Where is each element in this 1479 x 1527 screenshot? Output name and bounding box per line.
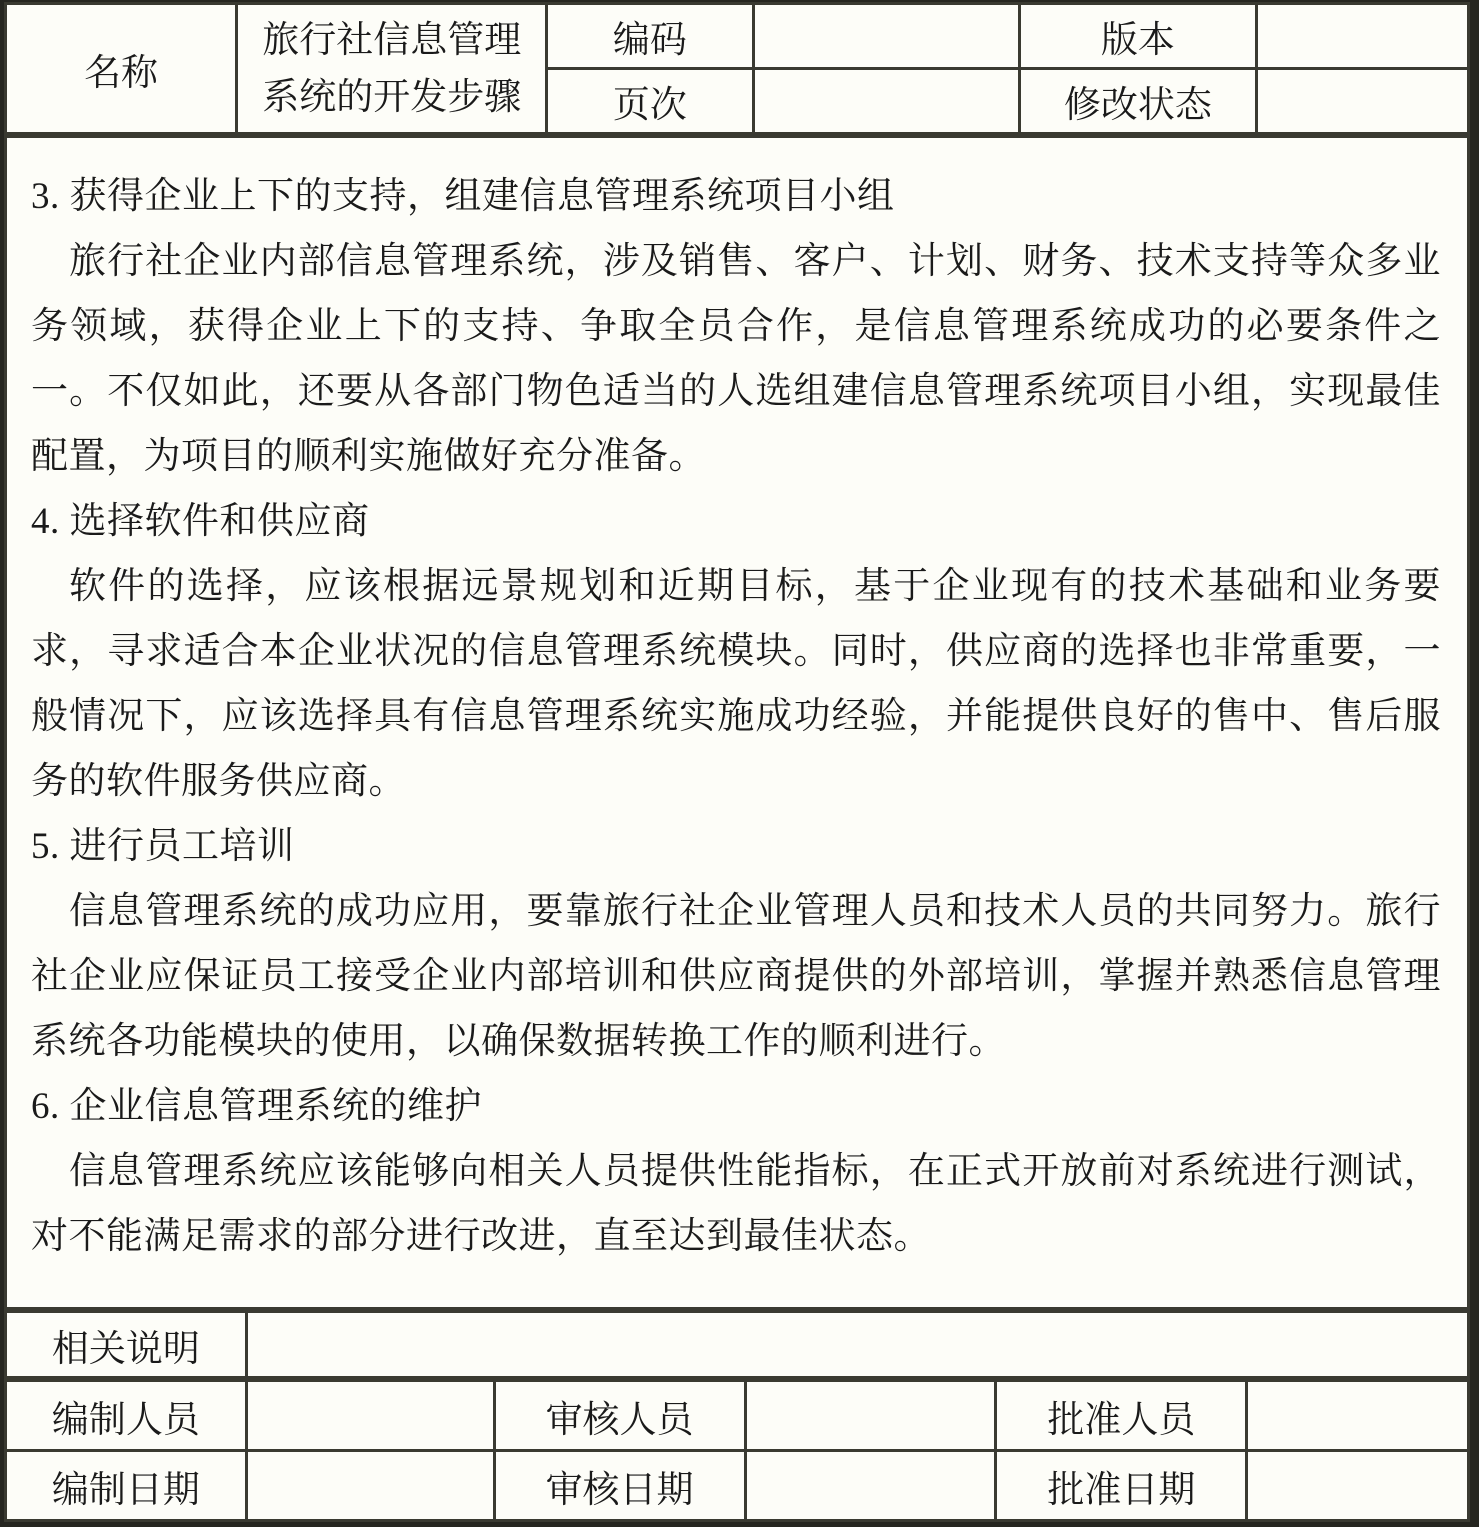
revision-status-label: 修改状态	[1019, 69, 1256, 134]
version-value-cell[interactable]	[1256, 4, 1468, 69]
document-page: 名称 旅行社信息管理 系统的开发步骤 编码 版本 页次 修改状态 3. 获得企业…	[0, 0, 1479, 1527]
section-4-heading: 4. 选择软件和供应商	[31, 489, 1441, 554]
code-label: 编码	[547, 4, 753, 69]
prepare-date-value-cell[interactable]	[246, 1451, 494, 1521]
signature-table: 编制人员 审核人员 批准人员 编制日期 审核日期 批准日期	[4, 1379, 1470, 1522]
related-notes-value-cell[interactable]	[246, 1312, 1468, 1378]
document-title: 旅行社信息管理 系统的开发步骤	[237, 4, 547, 134]
section-4-paragraph: 软件的选择，应该根据远景规划和近期目标，基于企业现有的技术基础和业务要求，寻求适…	[31, 554, 1441, 814]
document-title-line1: 旅行社信息管理	[238, 12, 545, 69]
prepare-date-label: 编制日期	[6, 1451, 247, 1521]
review-date-value-cell[interactable]	[745, 1451, 996, 1521]
code-value-cell[interactable]	[753, 4, 1019, 69]
preparer-value-cell[interactable]	[246, 1381, 494, 1451]
approver-label: 批准人员	[996, 1381, 1247, 1451]
reviewer-label: 审核人员	[494, 1381, 745, 1451]
document-body: 3. 获得企业上下的支持，组建信息管理系统项目小组 旅行社企业内部信息管理系统，…	[4, 135, 1470, 1310]
preparer-label: 编制人员	[6, 1381, 247, 1451]
related-notes-table: 相关说明	[4, 1310, 1470, 1379]
name-label: 名称	[6, 4, 237, 134]
section-5-paragraph: 信息管理系统的成功应用，要靠旅行社企业管理人员和技术人员的共同努力。旅行社企业应…	[31, 879, 1441, 1074]
page-number-value-cell[interactable]	[753, 69, 1019, 134]
section-6-paragraph: 信息管理系统应该能够向相关人员提供性能指标，在正式开放前对系统进行测试，对不能满…	[31, 1139, 1441, 1269]
page-number-label: 页次	[547, 69, 753, 134]
approve-date-label: 批准日期	[996, 1451, 1247, 1521]
section-3-paragraph: 旅行社企业内部信息管理系统，涉及销售、客户、计划、财务、技术支持等众多业务领域，…	[31, 229, 1441, 489]
approve-date-value-cell[interactable]	[1247, 1451, 1469, 1521]
approver-value-cell[interactable]	[1247, 1381, 1469, 1451]
revision-status-value-cell[interactable]	[1256, 69, 1468, 134]
header-table: 名称 旅行社信息管理 系统的开发步骤 编码 版本 页次 修改状态	[4, 2, 1470, 135]
section-6-heading: 6. 企业信息管理系统的维护	[31, 1074, 1441, 1139]
document-title-line2: 系统的开发步骤	[238, 69, 545, 126]
reviewer-value-cell[interactable]	[745, 1381, 996, 1451]
related-notes-label: 相关说明	[6, 1312, 247, 1378]
version-label: 版本	[1019, 4, 1256, 69]
review-date-label: 审核日期	[494, 1451, 745, 1521]
section-3-heading: 3. 获得企业上下的支持，组建信息管理系统项目小组	[31, 164, 1441, 229]
section-5-heading: 5. 进行员工培训	[31, 814, 1441, 879]
